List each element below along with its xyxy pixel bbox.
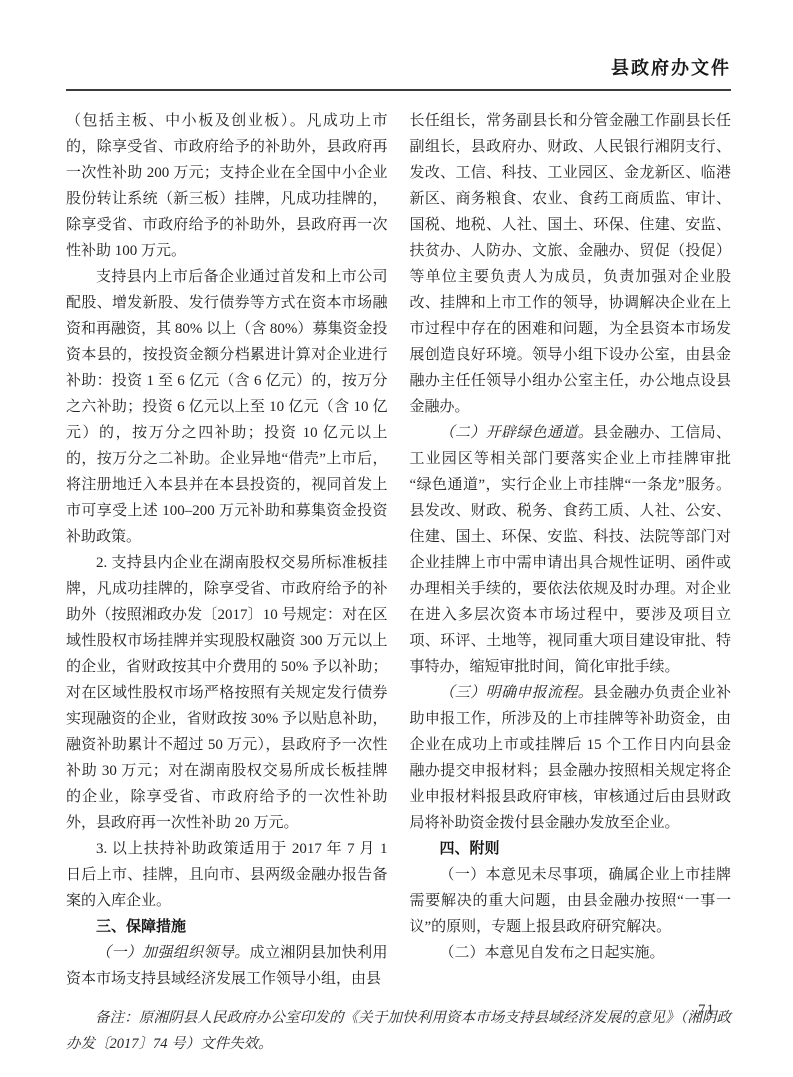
document-page: 县政府办文件 （包括主板、中小板及创业板）。凡成功上市的，除享受省、市政府给予的… (0, 0, 793, 1077)
paragraph-text: 县金融办负责企业补助申报工作，所涉及的上市挂牌等补助资金，由企业在成功上市或挂牌… (410, 685, 732, 831)
paragraph: （一）本意见未尽事项，确属企业上市挂牌需要解决的重大问题，由县金融办按照“一事一… (410, 862, 732, 940)
paragraph: 支持县内上市后备企业通过首发和上市公司配股、增发新股、发行债券等方式在资本市场融… (66, 264, 388, 550)
paragraph: （包括主板、中小板及创业板）。凡成功上市的，除享受省、市政府给予的补助外，县政府… (66, 108, 388, 264)
paragraph: 3. 以上扶持补助政策适用于 2017 年 7 月 1 日后上市、挂牌，且向市、… (66, 836, 388, 914)
left-column: （包括主板、中小板及创业板）。凡成功上市的，除享受省、市政府给予的补助外，县政府… (66, 108, 388, 992)
paragraph-lead: （三）明确申报流程。 (440, 685, 594, 701)
right-column: 长任组长，常务副县长和分管金融工作副县长任副组长，县政府办、财政、人民银行湘阴支… (410, 108, 732, 966)
paragraph-lead: （二）开辟绿色通道。 (440, 425, 594, 441)
footnote: 备注：原湘阴县人民政府办公室印发的《关于加快利用资本市场支持县域经济发展的意见》… (66, 1005, 731, 1057)
paragraph: （三）明确申报流程。县金融办负责企业补助申报工作，所涉及的上市挂牌等补助资金，由… (410, 680, 732, 836)
paragraph: （一）加强组织领导。成立湘阴县加快利用资本市场支持县域经济发展工作领导小组，由县 (66, 940, 388, 992)
paragraph: （二）开辟绿色通道。县金融办、工信局、工业园区等相关部门要落实企业上市挂牌审批“… (410, 420, 732, 680)
footnote-text: 原湘阴县人民政府办公室印发的《关于加快利用资本市场支持县域经济发展的意见》（湘阴… (66, 1010, 731, 1052)
page-number: 71 (698, 1002, 715, 1019)
section-heading-4: 四、附则 (410, 836, 732, 862)
section-heading-3: 三、保障措施 (66, 914, 388, 940)
paragraph-text: 县金融办、工信局、工业园区等相关部门要落实企业上市挂牌审批“绿色通道”，实行企业… (410, 425, 732, 675)
two-column-body: （包括主板、中小板及创业板）。凡成功上市的，除享受省、市政府给予的补助外，县政府… (66, 108, 731, 992)
paragraph: 2. 支持县内企业在湖南股权交易所标准板挂牌，凡成功挂牌的，除享受省、市政府给予… (66, 550, 388, 836)
header-rule (66, 89, 731, 91)
paragraph: 长任组长，常务副县长和分管金融工作副县长任副组长，县政府办、财政、人民银行湘阴支… (410, 108, 732, 420)
page-header-title: 县政府办文件 (66, 54, 731, 89)
paragraph: （二）本意见自发布之日起实施。 (410, 940, 732, 966)
footnote-label: 备注： (95, 1010, 139, 1026)
paragraph-lead: （一）加强组织领导。 (96, 945, 250, 961)
